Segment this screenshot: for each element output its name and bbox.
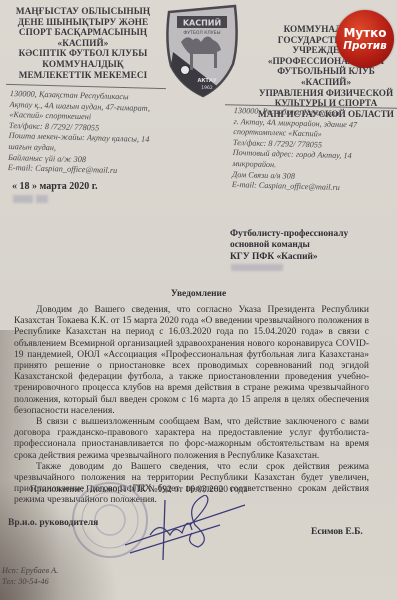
header-line: СПОРТ БАСҚАРМАСЫНЫҢ xyxy=(8,27,158,38)
body-paragraph: В связи с вышеизложенным сообщаем Вам, ч… xyxy=(14,417,369,462)
watermark-line: Мутко xyxy=(343,27,386,40)
document-page: МАҢҒЫСТАУ ОБЛЫСЫНЫҢ ДЕНЕ ШЫНЫҚТЫРУ ЖӘНЕ … xyxy=(0,0,397,600)
svg-text:1962: 1962 xyxy=(201,85,213,91)
body-paragraph: Доводим до Вашего сведения, что согласно… xyxy=(14,305,369,417)
svg-text:ФУТБОЛ КЛУБЫ: ФУТБОЛ КЛУБЫ xyxy=(183,30,220,36)
redacted-recipient-name xyxy=(231,264,283,271)
executor-phone: Тел: 30-54-46 xyxy=(2,576,58,587)
svg-text:АКТАУ: АКТАУ xyxy=(197,78,216,84)
document-body: Доводим до Вашего сведения, что согласно… xyxy=(14,305,369,507)
header-line: «КАСПИЙ» xyxy=(8,38,158,49)
recipient-line: Футболисту-профессионалу xyxy=(230,229,348,240)
header-line: ДЕНЕ ШЫНЫҚТЫРУ ЖӘНЕ xyxy=(8,17,158,28)
executor-info: Исп: Ерубаев А. Тел: 30-54-46 xyxy=(2,565,58,587)
recipient-line: КГУ ПФК «Каспий» xyxy=(230,252,348,263)
redacted-number xyxy=(13,195,33,203)
address-kazakh: 130000, Қазақстан Республикасы Ақтау қ.,… xyxy=(8,89,170,178)
recipient-block: Футболисту-профессионалу основной команд… xyxy=(230,229,348,263)
watermark-line: Против xyxy=(343,40,387,52)
header-line: КӘСІПТІК ФУТБОЛ КЛУБЫ xyxy=(8,48,158,59)
club-logo-icon: KACПИЙ ФУТБОЛ КЛУБЫ АКТАУ 1962 xyxy=(163,2,241,98)
watermark-badge: Мутко Против xyxy=(336,10,394,68)
signature-icon xyxy=(120,495,250,565)
header-line: МАҢҒЫСТАУ ОБЛЫСЫНЫҢ xyxy=(8,6,158,17)
document-date: « 18 » марта 2020 г. xyxy=(12,181,98,192)
header-line: ФУТБОЛЬНЫЙ КЛУБ «КАСПИЙ» xyxy=(255,66,397,87)
header-kazakh: МАҢҒЫСТАУ ОБЛЫСЫНЫҢ ДЕНЕ ШЫНЫҚТЫРУ ЖӘНЕ … xyxy=(8,6,158,80)
signatory-name: Есимов Е.Б. xyxy=(311,527,363,537)
address-russian: 130000, Республика Казахстан г. Актау, 4… xyxy=(232,106,394,195)
recipient-line: основной команды xyxy=(230,240,348,251)
executor-name: Исп: Ерубаев А. xyxy=(2,565,58,576)
redacted-number xyxy=(36,195,48,203)
svg-text:KACПИЙ: KACПИЙ xyxy=(183,17,221,28)
document-title: Уведомление xyxy=(0,289,397,299)
signatory-role: Вр.и.о. руководителя xyxy=(8,518,98,528)
header-line: УПРАВЛЕНИЯ ФИЗИЧЕСКОЙ xyxy=(255,88,397,99)
header-line: КОММУНАЛДЫҚ xyxy=(8,59,158,70)
header-divider xyxy=(6,84,166,89)
header-line: МЕМЛЕКЕТТІК МЕКЕМЕСІ xyxy=(8,70,158,81)
